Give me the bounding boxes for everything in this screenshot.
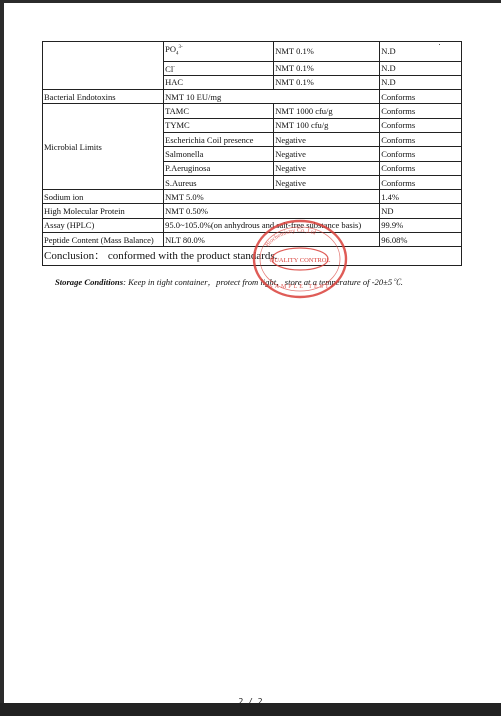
spec-cell: Negative (274, 161, 380, 175)
superscript: - (173, 65, 175, 70)
item-cell: PO43- (164, 42, 274, 62)
item-cell: HAC (164, 75, 274, 89)
result-cell: Conforms (380, 147, 462, 161)
item-cell: TYMC (164, 118, 274, 132)
test-name-cell: High Molecular Protein (43, 204, 164, 218)
result-cell: Conforms (380, 161, 462, 175)
item-cell: Cl- (164, 61, 274, 75)
spec-cell: Negative (274, 133, 380, 147)
result-cell: ND (380, 204, 462, 218)
spec-cell: NMT 0.1% (274, 75, 380, 89)
item-text: PO (165, 44, 176, 54)
result-cell: N.D (380, 42, 462, 62)
storage-label: Storage Conditions (55, 277, 123, 287)
svg-text:QUALITY CONTROL: QUALITY CONTROL (270, 257, 331, 264)
spec-cell: NMT 0.1% (274, 61, 380, 75)
item-cell: P.Aeruginosa (164, 161, 274, 175)
result-cell: Conforms (380, 104, 462, 118)
result-cell: Conforms (380, 133, 462, 147)
spec-cell: Negative (274, 147, 380, 161)
spec-cell: NMT 5.0% (164, 190, 380, 204)
result-cell: Conforms (380, 90, 462, 104)
svg-text:SAMPLE TEST: SAMPLE TEST (269, 284, 330, 290)
spec-cell: NMT 100 cfu/g (274, 118, 380, 132)
table-row: High Molecular Protein NMT 0.50% ND (43, 204, 462, 218)
result-cell: 1.4% (380, 190, 462, 204)
result-cell: N.D (380, 75, 462, 89)
viewer-bottom-bar (0, 703, 501, 716)
superscript: 3- (179, 45, 183, 50)
test-name-cell: Bacterial Endotoxins (43, 90, 164, 104)
test-name-cell: Peptide Content (Mass Balance) (43, 233, 164, 247)
result-cell: N.D (380, 61, 462, 75)
item-cell: Escherichia Coil presence (164, 133, 274, 147)
subscript: 4 (176, 52, 179, 57)
item-cell: S.Aureus (164, 175, 274, 189)
spec-cell: Negative (274, 175, 380, 189)
spec-cell: NMT 0.50% (164, 204, 380, 218)
table-row: Bacterial Endotoxins NMT 10 EU/mg Confor… (43, 90, 462, 104)
result-cell: 96.08% (380, 233, 462, 247)
test-name-cell: Microbial Limits (43, 104, 164, 190)
result-cell: Conforms (380, 118, 462, 132)
storage-conditions: Storage Conditions: Keep in tight contai… (55, 276, 403, 288)
svg-text:Biochemistry Co.,Ltd: Biochemistry Co.,Ltd (265, 228, 317, 248)
item-cell: TAMC (164, 104, 274, 118)
result-cell: 99.9% (380, 218, 462, 232)
spec-cell: NMT 10 EU/mg (164, 90, 380, 104)
table-row: Microbial Limits TAMC NMT 1000 cfu/g Con… (43, 104, 462, 118)
table-row: Sodium ion NMT 5.0% 1.4% (43, 190, 462, 204)
test-name-cell: Assay (HPLC) (43, 218, 164, 232)
group-cell (43, 42, 164, 90)
spec-cell: NMT 1000 cfu/g (274, 104, 380, 118)
item-text: Cl (165, 64, 173, 74)
quality-control-stamp-icon: QUALITY CONTROL Biochemistry Co.,Ltd SAM… (251, 218, 349, 300)
item-cell: Salmonella (164, 147, 274, 161)
result-cell: Conforms (380, 175, 462, 189)
spec-cell: NMT 0.1% (274, 42, 380, 62)
table-row: PO43- NMT 0.1% N.D (43, 42, 462, 62)
test-name-cell: Sodium ion (43, 190, 164, 204)
